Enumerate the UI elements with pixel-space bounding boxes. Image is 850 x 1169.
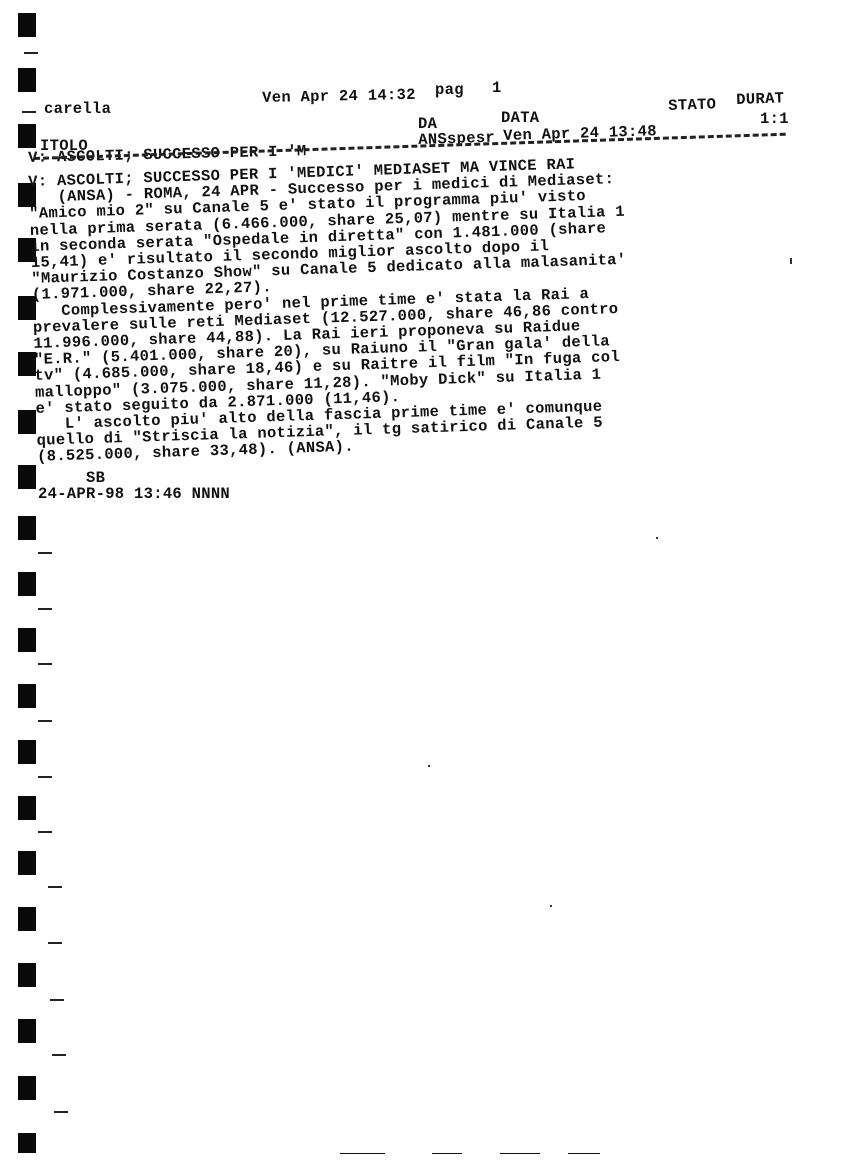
scan-line xyxy=(568,1153,600,1154)
strip-dash xyxy=(48,886,62,888)
strip-dash xyxy=(38,663,52,665)
strip-mark xyxy=(18,628,36,652)
strip-dash xyxy=(38,608,52,610)
scan-speck xyxy=(656,537,658,539)
scan-line xyxy=(500,1153,540,1154)
strip-dash xyxy=(50,999,64,1001)
strip-dash xyxy=(22,111,36,113)
strip-dash xyxy=(24,52,38,54)
scan-speck xyxy=(790,258,792,264)
header-user: carella xyxy=(44,101,111,117)
strip-mark xyxy=(18,1133,36,1153)
strip-mark xyxy=(18,963,36,987)
strip-dash xyxy=(52,1054,66,1056)
strip-dash xyxy=(38,776,52,778)
strip-mark xyxy=(18,516,36,540)
strip-dash xyxy=(38,720,52,722)
article-body: V: ASCOLTI; SUCCESSO PER I 'MEDICI' MEDI… xyxy=(28,155,632,466)
strip-mark xyxy=(18,684,36,708)
header-page-number: 1 xyxy=(492,80,502,96)
strip-mark xyxy=(18,907,36,931)
scan-speck xyxy=(428,765,430,767)
scan-line xyxy=(432,1153,462,1154)
header-printed-datetime: Ven Apr 24 14:32 xyxy=(262,87,416,106)
strip-mark xyxy=(18,1076,36,1100)
strip-mark xyxy=(18,410,36,434)
scan-speck xyxy=(550,905,552,907)
strip-dash xyxy=(54,1111,68,1113)
column-data: DATA xyxy=(501,110,539,126)
column-stato: STATO xyxy=(668,96,717,114)
strip-mark xyxy=(18,68,36,92)
strip-mark xyxy=(18,796,36,820)
row-durat-value: 1:1 xyxy=(760,111,789,127)
strip-mark xyxy=(18,124,36,148)
article-footer-timestamp: 24-APR-98 13:46 NNNN xyxy=(38,486,230,502)
strip-mark xyxy=(18,572,36,596)
strip-mark xyxy=(18,465,36,489)
fax-page: carella Ven Apr 24 14:32 pag 1 STATO DUR… xyxy=(0,0,850,1169)
strip-dash xyxy=(38,552,52,554)
article-signature: SB xyxy=(38,470,105,486)
scan-line xyxy=(340,1153,385,1154)
column-durat: DURAT xyxy=(736,90,785,108)
strip-mark xyxy=(18,740,36,764)
strip-mark xyxy=(18,1019,36,1043)
strip-dash xyxy=(38,831,52,833)
strip-dash xyxy=(48,942,62,944)
strip-mark xyxy=(18,851,36,875)
header-page-label: pag xyxy=(435,82,464,98)
strip-mark xyxy=(18,13,36,37)
